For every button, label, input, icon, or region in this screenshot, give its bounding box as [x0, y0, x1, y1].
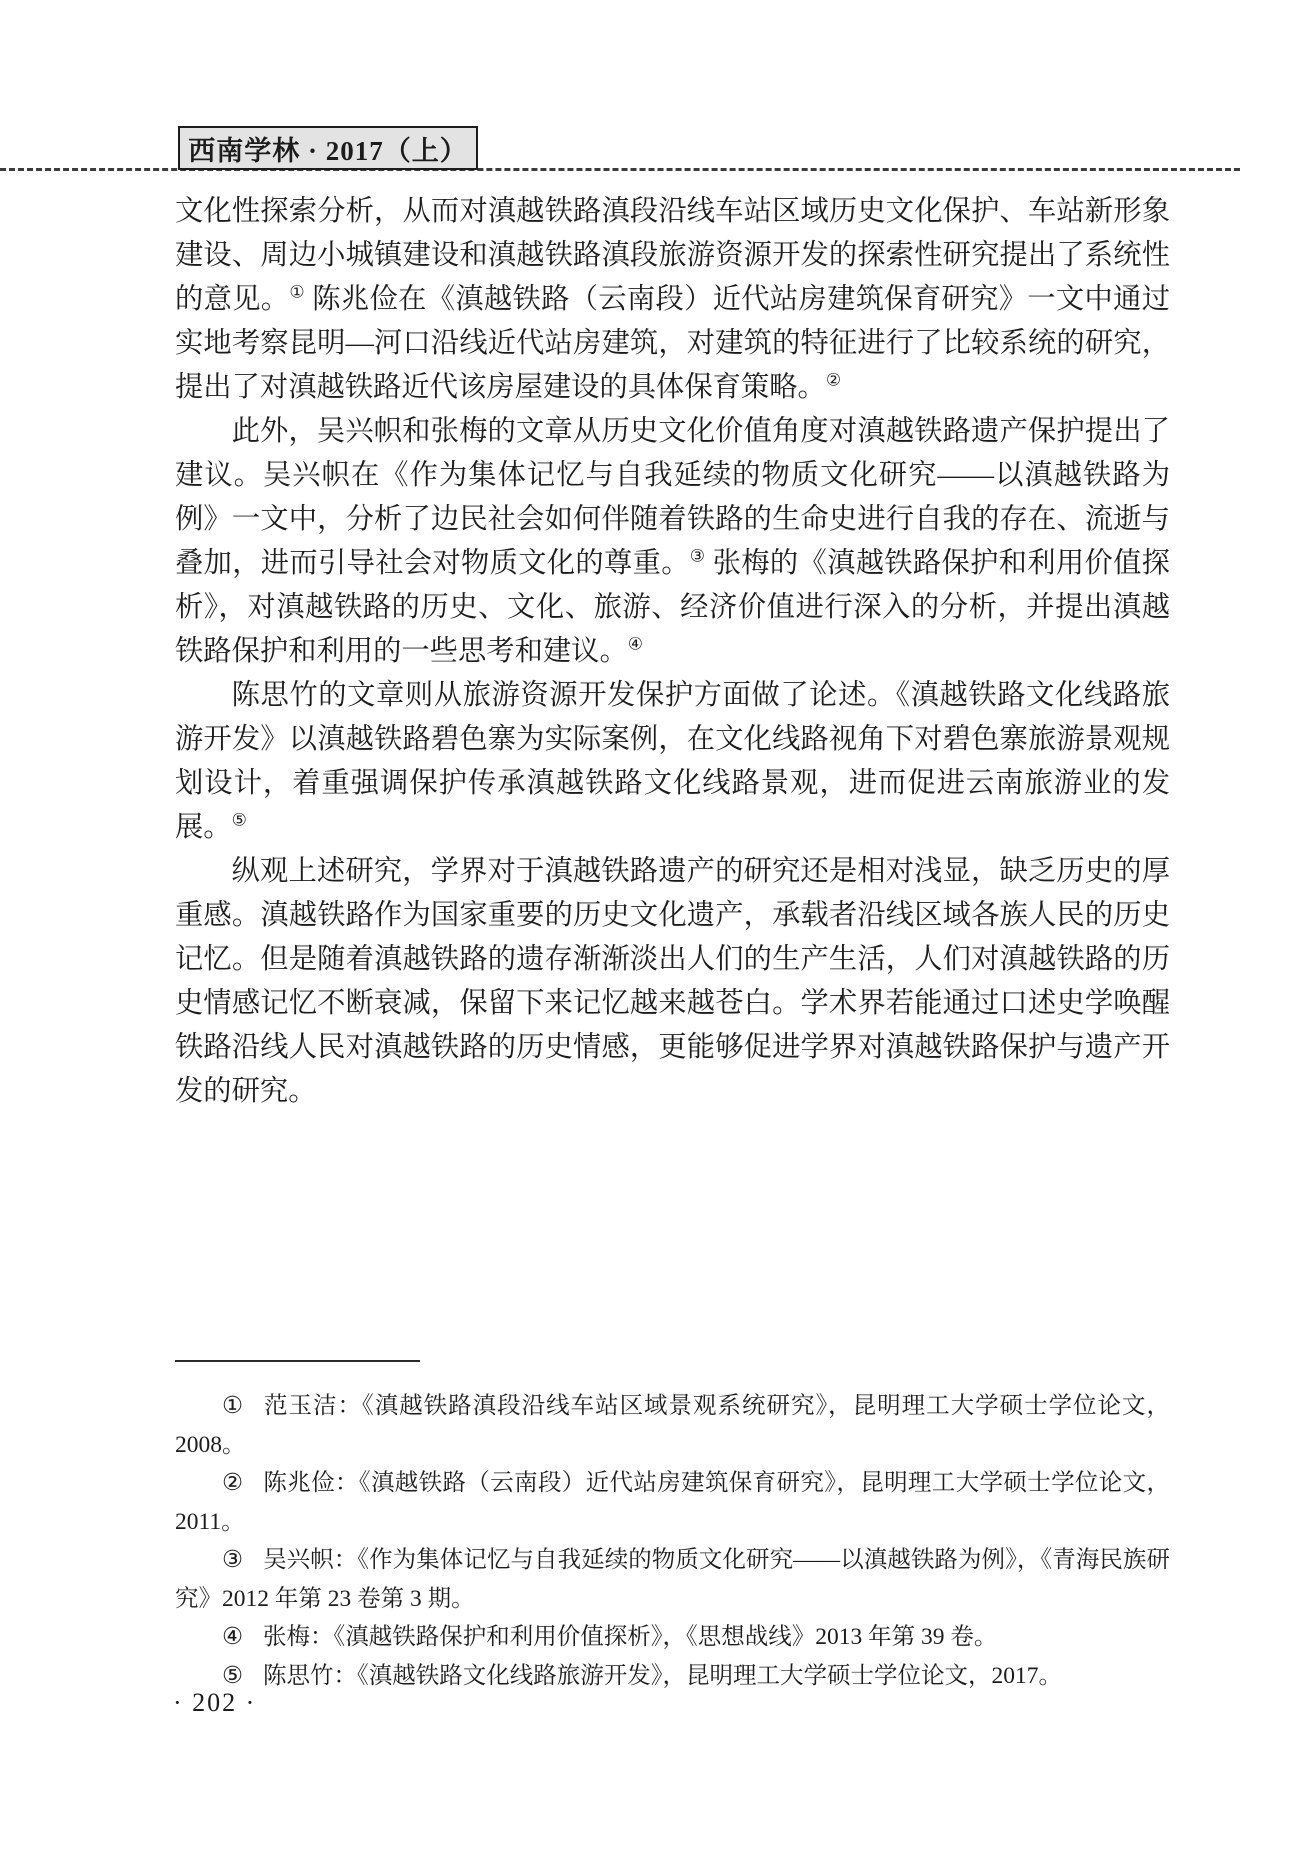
body-paragraph: 陈思竹的文章则从旅游资源开发保护方面做了论述。《滇越铁路文化线路旅游开发》以滇越…: [175, 674, 1170, 850]
body-paragraph: 文化性探索分析，从而对滇越铁路滇段沿线车站区域历史文化保护、车站新形象建设、周边…: [175, 190, 1170, 410]
footnotes: ①范玉洁：《滇越铁路滇段沿线车站区域景观系统研究》，昆明理工大学硕士学位论文，2…: [175, 1387, 1170, 1695]
body-paragraph: 此外，吴兴帜和张梅的文章从历史文化价值角度对滇越铁路遗产保护提出了建议。吴兴帜在…: [175, 410, 1170, 674]
footnote-ref: ④: [628, 635, 643, 654]
body-paragraph: 纵观上述研究，学界对于滇越铁路遗产的研究还是相对浅显，缺乏历史的厚重感。滇越铁路…: [175, 850, 1170, 1114]
footnote-ref: ①: [289, 283, 305, 302]
journal-title: 西南学林 · 2017（上）: [188, 129, 468, 168]
footnote-marker: ⑤: [222, 1663, 243, 1689]
page-header-box: 西南学林 · 2017（上）: [178, 126, 478, 170]
footnote-marker: ④: [222, 1624, 243, 1650]
footnote-item: ④张梅：《滇越铁路保护和利用价值探析》，《思想战线》2013 年第 39 卷。: [175, 1618, 1170, 1657]
footnote-ref: ③: [690, 547, 706, 566]
footnote-marker: ③: [222, 1547, 243, 1573]
footnote-item: ⑤陈思竹：《滇越铁路文化线路旅游开发》，昆明理工大学硕士学位论文，2017。: [175, 1657, 1170, 1696]
footnote-marker: ②: [222, 1470, 243, 1496]
footnote-marker: ①: [222, 1393, 244, 1419]
footnote-ref: ②: [826, 371, 841, 390]
document-page: 西南学林 · 2017（上） 文化性探索分析，从而对滇越铁路滇段沿线车站区域历史…: [0, 0, 1307, 1859]
footnote-item: ③吴兴帜：《作为集体记忆与自我延续的物质文化研究——以滇越铁路为例》，《青海民族…: [175, 1541, 1170, 1618]
article-body: 文化性探索分析，从而对滇越铁路滇段沿线车站区域历史文化保护、车站新形象建设、周边…: [175, 190, 1170, 1114]
footnote-item: ②陈兆俭：《滇越铁路（云南段）近代站房建筑保育研究》，昆明理工大学硕士学位论文，…: [175, 1464, 1170, 1541]
footnote-separator: [175, 1360, 420, 1362]
footnote-ref: ⑤: [232, 811, 247, 830]
footnote-item: ①范玉洁：《滇越铁路滇段沿线车站区域景观系统研究》，昆明理工大学硕士学位论文，2…: [175, 1387, 1170, 1464]
page-number: · 202 ·: [173, 1688, 256, 1718]
